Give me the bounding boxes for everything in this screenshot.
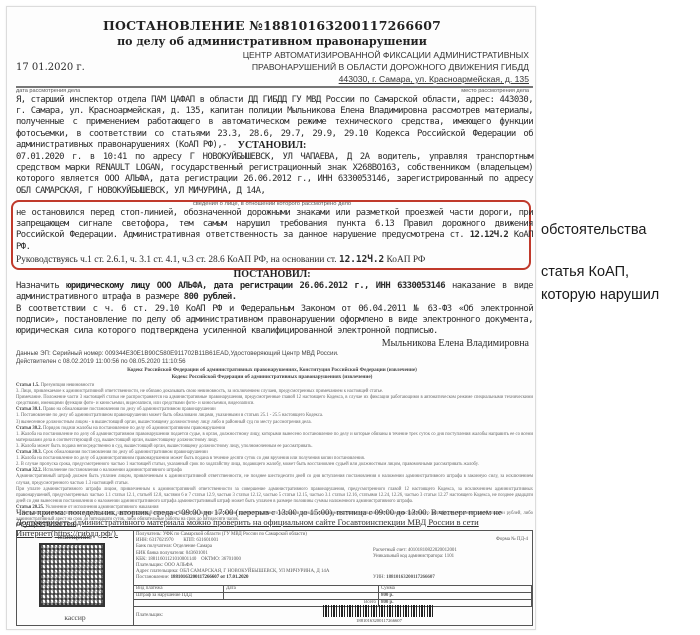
guided-article: 12.12Ч.2 <box>339 254 384 265</box>
resolved-heading: ПОСТАНОВИЛ: <box>7 269 537 280</box>
notice-label: извещение <box>17 532 133 541</box>
issuing-organization: ЦЕНТР АВТОМАТИЗИРОВАННОЙ ФИКСАЦИИ АДМИНИ… <box>199 49 529 85</box>
esignature-paragraph: В соответствии с ч. 6 ст. 29.10 КоАП РФ … <box>16 304 533 338</box>
document-title: ПОСТАНОВЛЕНИЕ №18810163200117266607 <box>7 18 537 33</box>
admin-code: Уникальный код администратора: 1101 <box>373 554 454 560</box>
established-heading: УСТАНОВИЛ: <box>7 140 537 151</box>
person-caption: сведения о лице, в отношении которого ра… <box>7 201 537 207</box>
payer-signature: Плательщик: <box>136 613 163 618</box>
payment-receipt-form: извещение кассир Получатель: УФК по Сама… <box>16 530 533 626</box>
resolution-ref: Постановление: 18810163200117266607 от 1… <box>136 575 386 581</box>
resolved-entity: юридическому лицу ООО АЛЬФА, дата регист… <box>66 281 445 291</box>
esignature-serial: Данные ЭП: Серийный номер: 009344E30E1B9… <box>16 350 339 358</box>
place-caption: место рассмотрения дела <box>461 88 529 94</box>
receipt-stub: извещение кассир <box>17 531 134 625</box>
established-paragraph: 07.01.2020 г. в 10:41 по адресу Г НОВОКУ… <box>16 152 533 197</box>
annotation-article-line2: которую нарушил <box>541 285 659 305</box>
header-divider <box>16 86 533 88</box>
violation-paragraph: не остановился перед стоп-линией, обозна… <box>16 208 533 253</box>
document-subtitle: по делу об административном правонарушен… <box>7 35 537 48</box>
codex-heading-1: Кодекс Российской Федерации об администр… <box>7 367 537 374</box>
barcode-number: 18810163200117266607 <box>323 618 435 623</box>
payment-table: Вид платежа Дата Сумма Штраф за нарушени… <box>133 585 532 607</box>
cashier-label: кассир <box>17 613 133 622</box>
codex-heading-2: Кодекс Российской Федерации об администр… <box>7 374 537 381</box>
uin: УИН: 18810163200117266607 <box>373 575 435 581</box>
barcode-icon <box>323 605 435 617</box>
qr-code-icon <box>39 543 105 607</box>
esignature-validity: Действителен с 08.02.2019 11:00:56 по 08… <box>16 358 186 366</box>
date-caption: дата рассмотрения дела <box>16 88 80 94</box>
resolution-document: ПОСТАНОВЛЕНИЕ №18810163200117266607 по д… <box>6 6 536 630</box>
receipt-details: Получатель: УФК по Самарской области (ГУ… <box>133 531 532 625</box>
legal-extracts: Статья 1.5. Презумпция невиновности 3. Л… <box>16 383 533 523</box>
form-number: Форма № ПД-4 <box>496 537 528 542</box>
resolved-paragraph: Назначить юридическому лицу ООО АЛЬФА, д… <box>16 281 533 303</box>
violation-article: 12.12Ч.2 <box>470 230 508 240</box>
guided-paragraph: Руководствуясь ч.1 ст. 2.6.1, ч. 3.1 ст.… <box>16 254 533 266</box>
annotation-circumstances: обстоятельства <box>541 220 646 240</box>
review-date: 17 01.2020 г. <box>16 62 85 73</box>
annotation-article-line1: статья КоАП, <box>541 262 629 282</box>
fine-amount: 800 рублей. <box>184 292 237 302</box>
row-sum: 800 р. <box>379 593 532 600</box>
organization-address: 443030, г. Самара, ул. Красноармейская, … <box>199 73 529 85</box>
signatory-name: Мыльникова Елена Владимировна <box>382 338 529 349</box>
